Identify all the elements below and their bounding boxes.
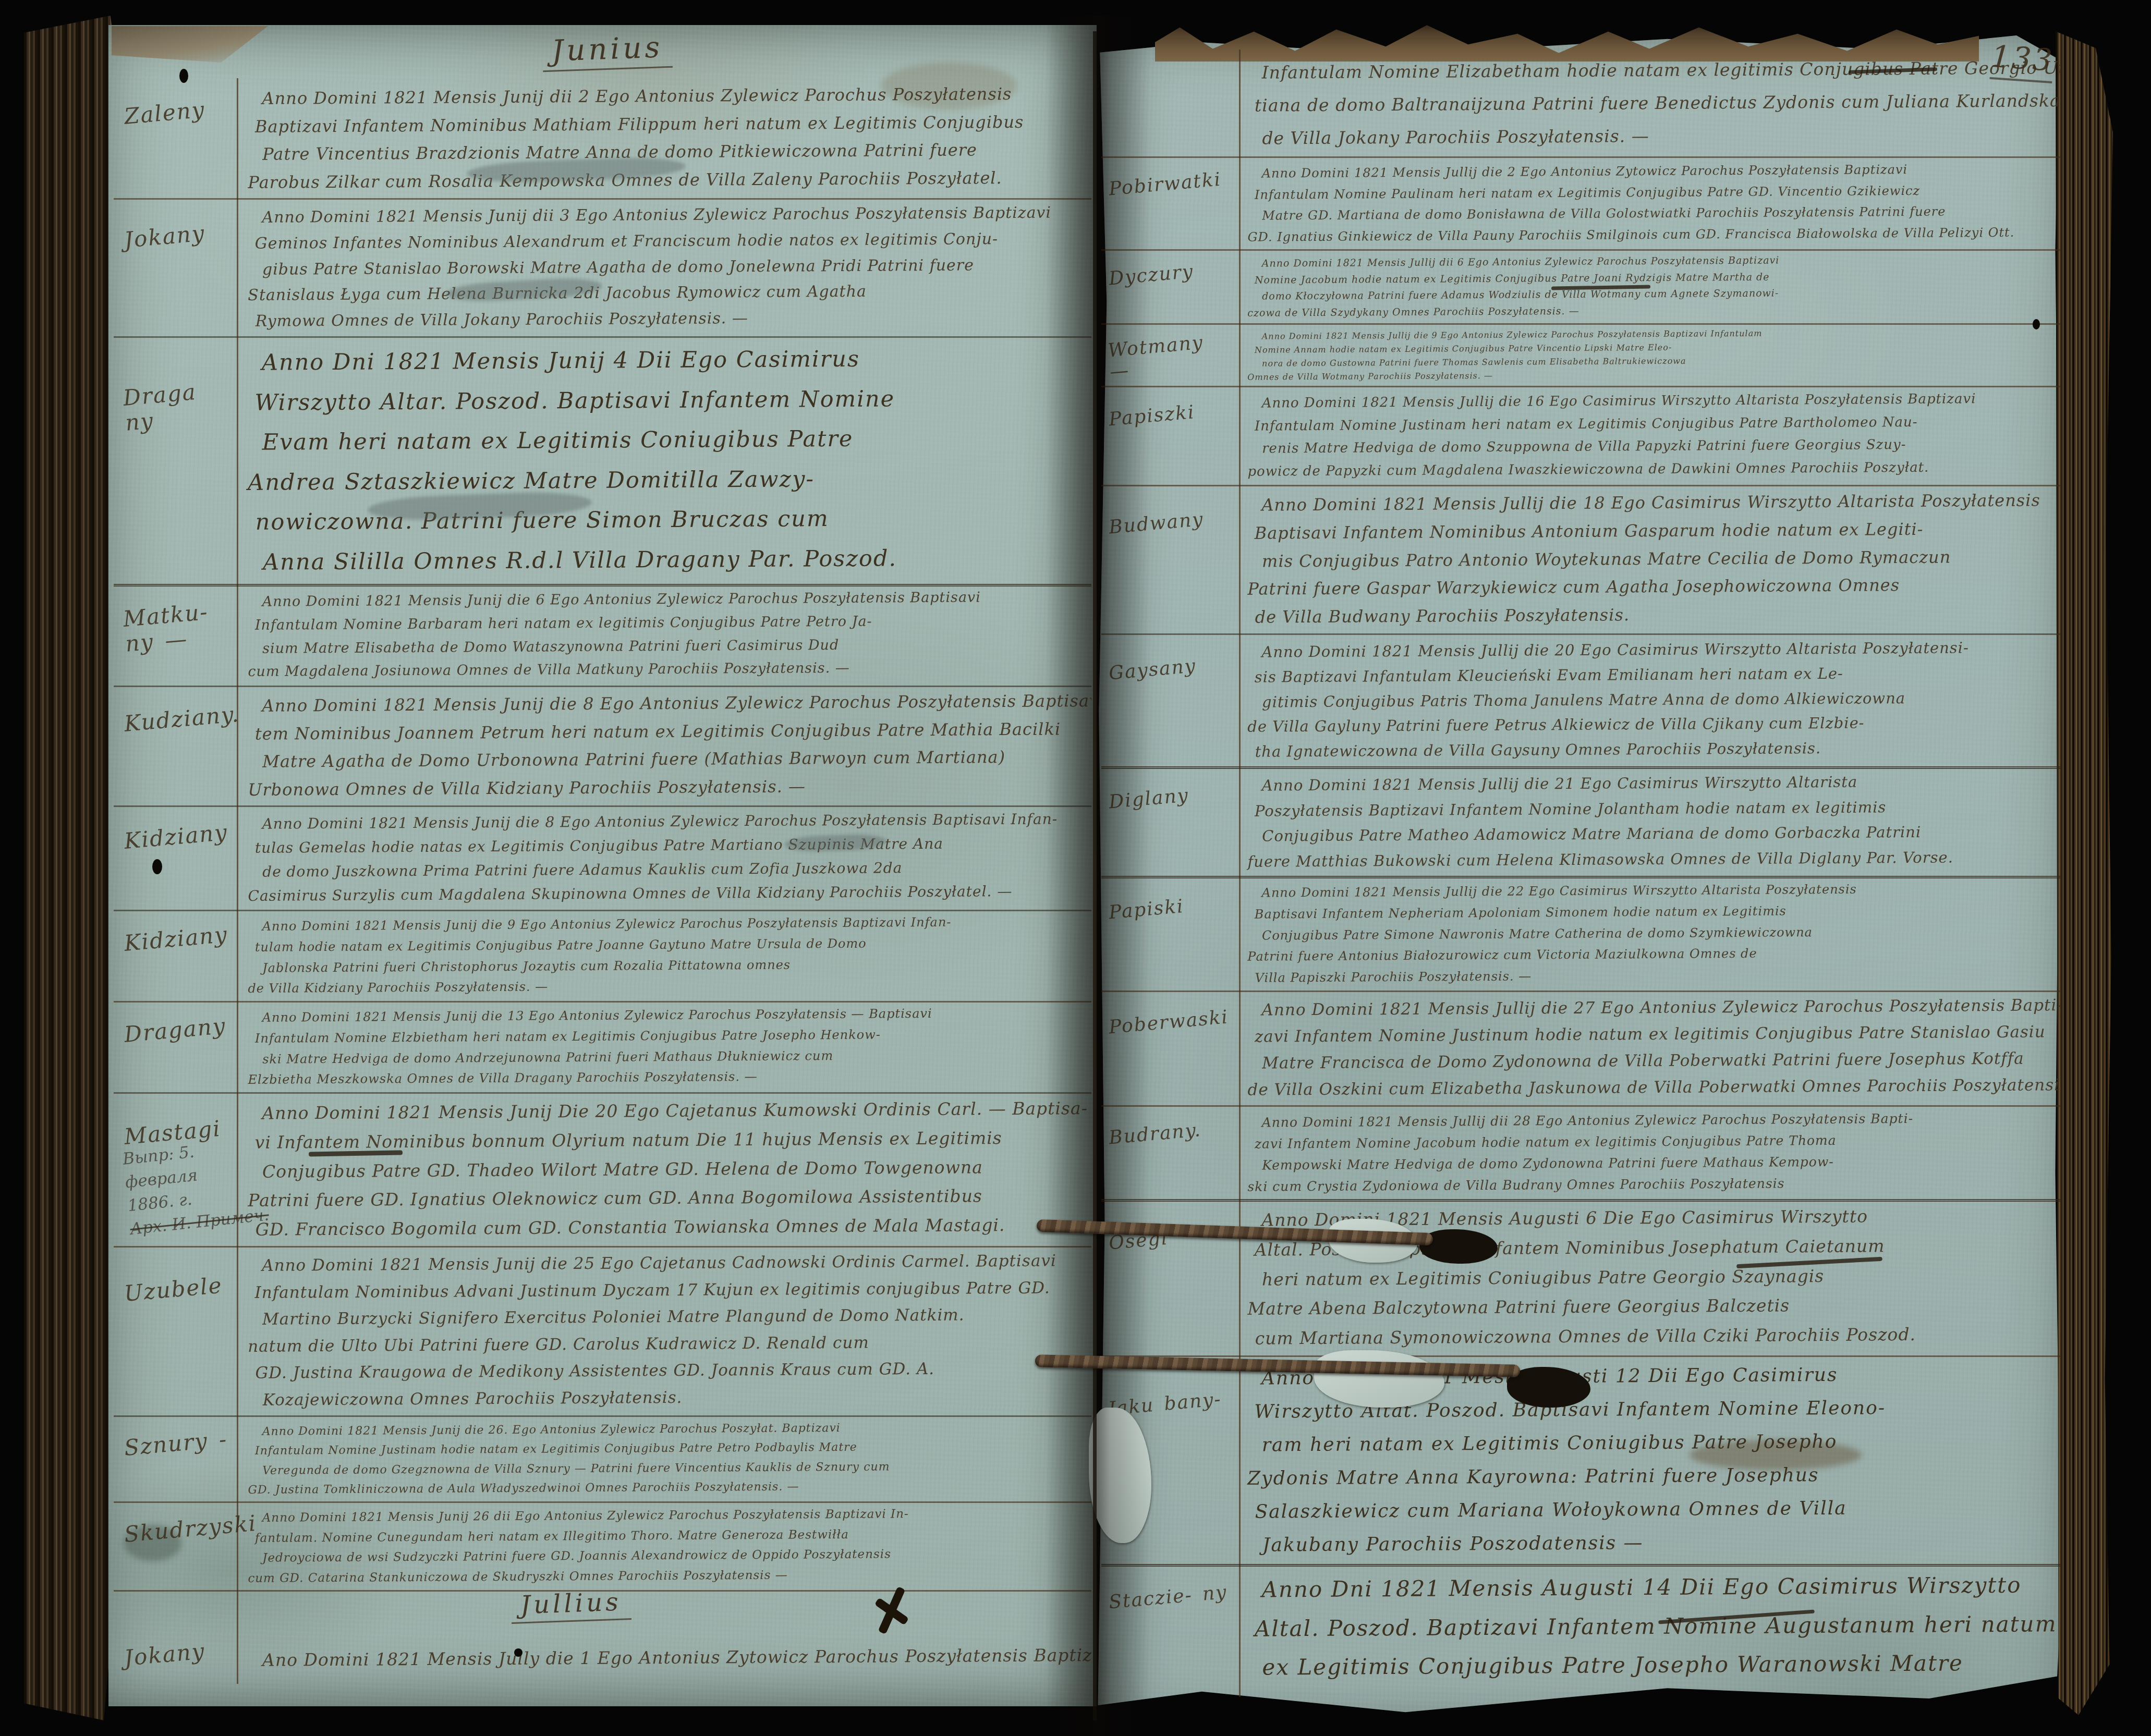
page-number: 133 [1989, 39, 2055, 83]
village-margin-label: Dragany [123, 1013, 232, 1047]
village-margin-label: Skudrzyski [123, 1513, 232, 1547]
entry-text-line: Baptisavi Infantem Nominibus Antonium Ga… [1247, 515, 2056, 547]
entry-text-line: Patrini fuere Gaspar Warzykiewicz cum Ag… [1247, 571, 2056, 604]
entry-text-line: Evam heri natam ex Legitimis Coniugibus … [248, 418, 1086, 462]
entry-text-line: de Villa Kidziany Parochiis Poszyłatensi… [248, 973, 1086, 999]
entry-text-line: de Villa Budwany Parochiis Poszyłatensis… [1248, 598, 2056, 631]
register-entry: JokanyAnno Domini 1821 Mensis Junij dii … [114, 198, 1091, 338]
entry-text: Anno Domini 1821 Mensis Junij dii 3 Ego … [247, 200, 1086, 335]
entry-text-line: de Villa Jokany Parochiis Poszyłatensis.… [1247, 117, 2056, 154]
entry-text: Anno Domini 1821 Mensis Jullij dii 28 Eg… [1247, 1107, 2056, 1197]
register-entry: ZalenyAnno Domini 1821 Mensis Junij dii … [114, 78, 1091, 200]
entry-text-line: Patrini fuere GD. Ignatius Oleknowicz cu… [248, 1181, 1086, 1215]
entry-text-line: Anno Dni 1821 Mensis Junij 4 Dii Ego Cas… [247, 338, 1086, 383]
entry-text-line: zavi Infantem Nomine Justinum hodie natu… [1247, 1019, 2056, 1050]
village-margin-label: Jokany [123, 1636, 232, 1671]
gutter-crease [1093, 31, 1097, 1720]
village-margin-label: Diglany [1108, 781, 1235, 813]
entry-text: Ano Domini 1821 Mensis Jully die 1 Ego A… [248, 1633, 1086, 1682]
entry-text: Anno Domini 1821 Mensis Junij die 8 Ego … [247, 687, 1086, 804]
village-margin-label: Poberwaski [1108, 1006, 1235, 1038]
entry-text-line: heri natum ex Legitimis Coniugibus Patre… [1247, 1260, 2056, 1294]
village-margin-label: Kidziany [123, 922, 232, 956]
village-margin-label: Matku- ny — [122, 597, 233, 657]
register-entry: DraganyAnno Domini 1821 Mensis Junij die… [114, 1001, 1091, 1094]
village-margin-label: Dyczury [1108, 258, 1235, 290]
entry-text: Anno Domini 1821 Mensis Junij die 25 Ego… [247, 1248, 1087, 1414]
entry-text-line: Anno Domini 1821 Mensis Junij Die 20 Ego… [247, 1094, 1086, 1128]
entry-text: Anno Domini 1821 Mensis Jullij dii 6 Ego… [1247, 251, 2056, 321]
book-page-edges-left [24, 16, 118, 1720]
entry-text-line: Anno Domini 1821 Mensis Jullij die 27 Eg… [1247, 992, 2055, 1023]
entry-text-line: ram heri natam ex Legitimis Coniugibus P… [1247, 1424, 2056, 1462]
register-entry: KidzianyAnno Domini 1821 Mensis Junij di… [114, 910, 1091, 1003]
village-margin-label: Pobirwatki [1108, 168, 1235, 200]
entry-text-line: Anno Domini 1821 Mensis Junij die 8 Ego … [247, 807, 1086, 836]
village-margin-label: Staczie- ny [1108, 1581, 1235, 1613]
register-entry: UzubeleAnno Domini 1821 Mensis Junij die… [114, 1246, 1091, 1417]
register-entry: PapiszkiAnno Domini 1821 Mensis Jullij d… [1101, 386, 2061, 486]
entry-text-line: gibus Patre Stanislao Borowski Matre Aga… [248, 252, 1086, 283]
entry-text-line: Anno Domini 1821 Mensis Junij dii 2 Ego … [247, 80, 1086, 113]
entry-text-line: Baptizavi Infantem Nominibus Mathiam Fil… [248, 108, 1086, 141]
village-margin-label: Draga ny [122, 376, 233, 436]
entry-text-line: Matre Abena Balczytowna Patrini fuere Ge… [1247, 1290, 2056, 1324]
entry-text: Anno Dni 1821 Mensis Augusti 14 Dii Ego … [1247, 1566, 2056, 1687]
entry-text-line: Wirszytto Altar. Poszod. Baptisavi Infan… [247, 378, 1086, 423]
ink-dot [514, 1648, 522, 1657]
register-entry: Budrany.Anno Domini 1821 Mensis Jullij d… [1101, 1105, 2061, 1202]
entry-text-line: Anna Sililla Omnes R.d.l Villa Dragany P… [248, 537, 1087, 582]
archival-graphite-note: Выпр: 5.февраля1886. г.Арх. И. Примеч. [121, 1136, 246, 1241]
village-margin-label: Wotmany — [1107, 329, 1235, 383]
entry-text-line: GD. Francisco Bogomila cum GD. Constanti… [248, 1210, 1087, 1244]
entry-text: Anno Domini 1821 Mensis Jullij die 27 Eg… [1247, 992, 2056, 1103]
village-margin-label: Papiszki [1108, 398, 1235, 431]
paper-hole [152, 859, 162, 874]
register-entry: Sznury -Anno Domini 1821 Mensis Junij di… [114, 1415, 1091, 1503]
register-entry: DiglanyAnno Domini 1821 Mensis Jullij di… [1101, 766, 2061, 878]
register-entry: PapiskiAnno Domini 1821 Mensis Jullij di… [1101, 876, 2061, 992]
entry-text-line: ex Legitimis Conjugibus Patre Josepho Wa… [1247, 1644, 2056, 1688]
village-margin-label: Gaysany [1108, 652, 1235, 684]
entry-text: Anno Domini 1821 Mensis Junij die 13 Ego… [248, 1003, 1087, 1091]
entry-text-line: fuere Matthias Bukowski cum Helena Klima… [1247, 844, 2056, 874]
ink-cross-blot [872, 1586, 910, 1633]
entry-text: Anno Domini 1821 Mensis Junij die 6 Ego … [247, 585, 1086, 684]
entry-text-line: Elzbietha Meszkowska Omnes de Villa Drag… [248, 1065, 1086, 1091]
register-entry: PobirwatkiAnno Domini 1821 Mensis Jullij… [1101, 156, 2061, 251]
entry-text-line: Anno Domini 1821 Mensis Jullij die 18 Eg… [1247, 486, 2055, 519]
entry-text: Anno Domini 1821 Mensis Jullij die 18 Eg… [1247, 486, 2056, 631]
entry-text: Anno Dni 1821 Mensis Junij 4 Dii Ego Cas… [247, 338, 1087, 582]
entry-text-line: tha Ignatewiczowna de Villa Gaysuny Omne… [1247, 735, 2056, 764]
entry-text-line: Kozajewiczowna Omnes Parochiis Poszyłate… [248, 1382, 1087, 1414]
entry-text-line: Villa Papiszki Parochiis Poszyłatensis. … [1247, 962, 2056, 988]
book-page-edges-right [2056, 31, 2113, 1715]
entry-text-line: Anno Dni 1821 Mensis Augusti 14 Dii Ego … [1247, 1566, 2055, 1609]
register-entry: Kudziany.Anno Domini 1821 Mensis Junij d… [114, 686, 1091, 807]
register-entry: BudwanyAnno Domini 1821 Mensis Jullij di… [1101, 485, 2061, 635]
entry-text: Anno Domini 1821 Mensis Jullij die 9 Ego… [1247, 325, 2056, 384]
village-margin-label: Uzubele [123, 1272, 232, 1306]
entry-text-line: Conjugibus Patre GD. Thadeo Wilort Matre… [248, 1152, 1086, 1187]
entry-text-line: mis Conjugibus Patro Antonio Woytekunas … [1247, 543, 2056, 576]
entry-text-line: Salaszkiewicz cum Mariana Wołoykowna Omn… [1247, 1490, 2056, 1529]
entry-text-line: Martino Burzycki Signifero Exercitus Pol… [248, 1301, 1086, 1333]
register-entry: OsegiAnno Domini 1821 Mensis Augusti 6 D… [1101, 1199, 2061, 1357]
village-margin-label: Kidziany [123, 820, 232, 854]
entry-text: Anno Domini 1821 Mensis Junij die 9 Ego … [248, 911, 1087, 999]
entry-text-line: Matre Agatha de Domo Urbonowna Patrini f… [248, 743, 1086, 776]
entry-text-line: Zydonis Matre Anna Kayrowna: Patrini fue… [1247, 1457, 2056, 1495]
entry-text-line: Ano Domini 1821 Mensis Jully die 1 Ego A… [248, 1633, 1086, 1682]
village-margin-label: Sznury - [123, 1426, 232, 1461]
register-entry: GaysanyAnno Domini 1821 Mensis Jullij di… [1101, 633, 2061, 769]
paper-hole [179, 69, 188, 83]
entry-text-line: Anno Domini 1821 Mensis Junij die 25 Ego… [247, 1248, 1086, 1279]
entry-text-line: nowiczowna. Patrini fuere Simon Bruczas … [248, 497, 1086, 542]
entry-text-line: ski cum Crystia Zydoniowa de Villa Budra… [1247, 1171, 2056, 1197]
entry-text: Anno Domini 1821 Mensis Junij die 8 Ego … [247, 807, 1086, 908]
village-margin-label: Jokany [123, 218, 232, 253]
register-entry: JokanyAno Domini 1821 Mensis Jully die 1… [114, 1632, 1091, 1684]
village-margin-label: Zaleny [123, 95, 232, 129]
entry-text: Infantulam Nomine Elizabetham hodie nata… [1247, 51, 2056, 154]
entry-text-line: Casimirus Surzylis cum Magdalena Skupino… [248, 879, 1086, 908]
entry-text-line: Rymowa Omnes de Villa Jokany Parochiis P… [248, 303, 1086, 335]
entry-text-line: de Villa Oszkini cum Elizabetha Jaskunow… [1247, 1072, 2056, 1103]
entry-text-line: Anno Domini 1821 Mensis Jullij die 20 Eg… [1247, 635, 2055, 665]
village-margin-label: Budrany. [1108, 1117, 1235, 1149]
village-margin-label: Papiski [1108, 891, 1235, 924]
entry-text-line: tem Nominibus Joannem Petrum heri natum … [248, 715, 1086, 748]
entry-text: Anno Domini 1821 Mensis Jullij die 20 Eg… [1247, 635, 2056, 764]
entry-text-line: Jakubany Parochiis Poszodatensis — [1248, 1524, 2056, 1562]
register-entry: Matku- ny —Anno Domini 1821 Mensis Junij… [114, 584, 1091, 687]
entry-text-line: cum Magdalena Josiunowa Omnes de Villa M… [248, 655, 1086, 684]
village-margin-label: Kudziany. [123, 702, 232, 737]
register-entry: Draga nyAnno Dni 1821 Mensis Junij 4 Dii… [114, 336, 1091, 586]
entry-text: Anno Domini 1821 Mensis Jullij die 22 Eg… [1247, 877, 2056, 988]
entry-text-line: Urbonowa Omnes de Villa Kidziany Parochi… [248, 771, 1086, 804]
entry-text: Anno Domini 1821 Mensis Jullij die 2 Ego… [1247, 158, 2056, 247]
entry-text-line: powicz de Papyzki cum Magdalena Iwaszkie… [1247, 456, 2056, 483]
register-entry: PoberwaskiAnno Domini 1821 Mensis Jullij… [1101, 991, 2061, 1107]
register-entry: Infantulam Nomine Elizabetham hodie nata… [1101, 50, 2061, 158]
register-entry: SkudrzyskiAnno Domini 1821 Mensis Junij … [114, 1501, 1091, 1592]
village-margin-label: Budwany [1108, 506, 1235, 539]
register-entry: Wotmany —Anno Domini 1821 Mensis Jullij … [1101, 323, 2061, 387]
entry-text-line: cum Martiana Symonowiczowna Omnes de Vil… [1248, 1319, 2056, 1353]
entry-text-line: tiana de domo Baltranaijzuna Patrini fue… [1247, 84, 2056, 121]
entry-text: Anno Domini 1821 Mensis Junij Die 20 Ego… [247, 1094, 1087, 1244]
month-header-junius: Junius [542, 30, 673, 72]
entry-text: Anno Domini 1821 Mensis Jullij die 16 Eg… [1247, 387, 2056, 483]
month-header-jullius: Jullius [511, 1587, 631, 1624]
entry-text-line: Matre Francisca de Domo Zydonowna de Vil… [1247, 1045, 2056, 1077]
paper-hole [2033, 319, 2040, 329]
entry-text: Anno Domini 1821 Mensis Junij 26 dii Ego… [248, 1503, 1087, 1588]
entry-text-line: Anno Domini 1821 Mensis Junij die 8 Ego … [247, 687, 1086, 720]
entry-text: Anno Domini 1821 Mensis Junij die 26. Eg… [248, 1417, 1087, 1500]
register-entry: Staczie- nyAnno Dni 1821 Mensis Augusti … [1101, 1564, 2061, 1689]
entry-text-line: Altal. Poszod. Baptizavi Infantem Nomine… [1247, 1605, 2056, 1648]
entry-text-line: Andrea Sztaszkiewicz Matre Domitilla Zaw… [248, 458, 1086, 503]
register-entry: KidzianyAnno Domini 1821 Mensis Junij di… [114, 805, 1091, 911]
entry-text: Anno Domini 1821 Mensis Junij dii 2 Ego … [247, 80, 1086, 197]
manuscript-book-scan: Junius Jullius 133 ZalenyAnno Domini 182… [0, 0, 2151, 1736]
entry-text: Anno Domini 1821 Mensis Jullij die 21 Eg… [1247, 768, 2056, 874]
